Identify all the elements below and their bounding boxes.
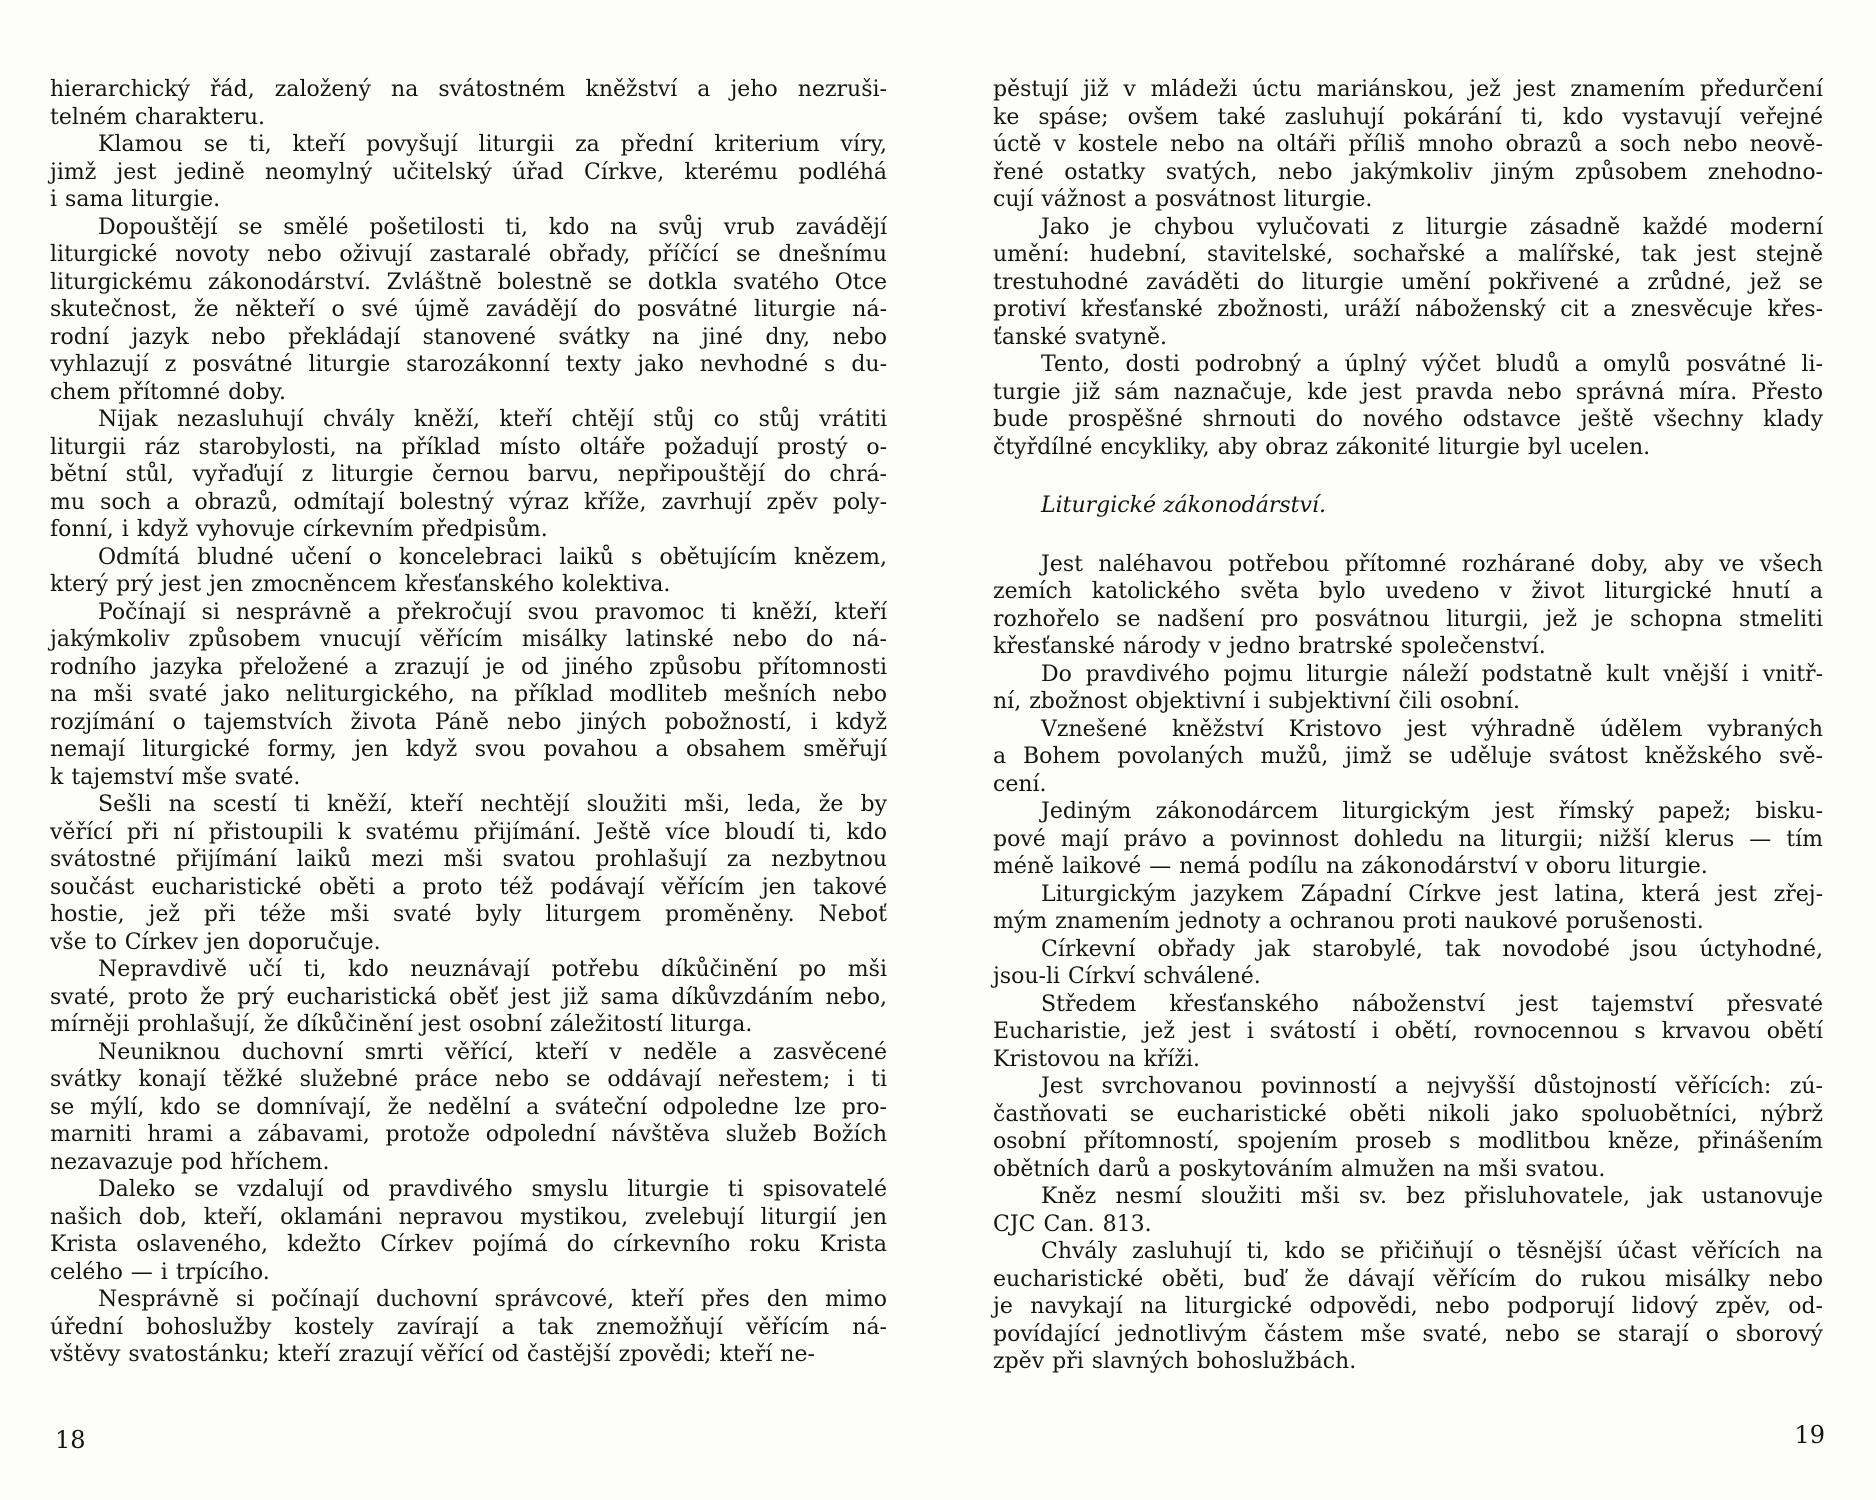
text-line: Do pravdivého pojmu liturgie náleží pods… (993, 661, 1823, 689)
text-line: Nijak nezasluhují chvály kněží, kteří ch… (50, 406, 887, 434)
text-line: řené ostatky svatých, nebo jakýmkoliv ji… (993, 159, 1823, 187)
paragraph: Dopouštějí se smělé pošetilosti ti, kdo … (50, 214, 887, 407)
text-line: Krista oslaveného, kdežto Církev pojímá … (50, 1231, 887, 1259)
page-number-left: 18 (55, 1426, 86, 1454)
text-line: Neuniknou duchovní smrti věřící, kteří v… (50, 1039, 887, 1067)
text-line: ke spáse; ovšem také zasluhují pokárání … (993, 104, 1823, 132)
text-line: svátky konají těžké služebné práce nebo … (50, 1066, 887, 1094)
text-line: skutečnost, že někteří o své újmě zavádě… (50, 296, 887, 324)
text-line: obětních darů a poskytováním almužen na … (993, 1156, 1823, 1184)
text-line: svátostné přijímání laiků mezi mši svato… (50, 846, 887, 874)
paragraph: Tento, dosti podrobný a úplný výčet blud… (993, 351, 1823, 461)
text-line: Jest svrchovanou povinností a nejvyšší d… (993, 1073, 1823, 1101)
paragraph: Daleko se vzdalují od pravdivého smyslu … (50, 1176, 887, 1286)
section-heading: Liturgické zákonodárství. (1041, 492, 1823, 520)
paragraph: Sešli na scestí ti kněží, kteří nechtějí… (50, 791, 887, 956)
page-right-text: pěstují již v mládeži úctu mariánskou, j… (993, 76, 1823, 1376)
text-line: Nesprávně si počínají duchovní správcové… (50, 1286, 887, 1314)
text-line: Kněz nesmí sloužiti mši sv. bez přisluho… (993, 1183, 1823, 1211)
text-line: marniti hrami a zábavami, protože odpole… (50, 1121, 887, 1149)
paragraph: Jediným zákonodárcem liturgickým jest ří… (993, 798, 1823, 881)
paragraph: Nepravdivě učí ti, kdo neuznávají potřeb… (50, 956, 887, 1039)
text-line: osobní přítomností, spojením proseb s mo… (993, 1128, 1823, 1156)
text-line: Kristovou na kříži. (993, 1046, 1823, 1074)
text-line: zpěv při slavných bohoslužbách. (993, 1348, 1823, 1376)
text-line: Eucharistie, jež jest i svátostí i obětí… (993, 1018, 1823, 1046)
paragraph: Neuniknou duchovní smrti věřící, kteří v… (50, 1039, 887, 1177)
paragraph: Nesprávně si počínají duchovní správcové… (50, 1286, 887, 1369)
text-line: na mši svaté jako neliturgického, na pří… (50, 681, 887, 709)
text-line: se mýlí, kdo se domnívají, že nedělní a … (50, 1094, 887, 1122)
text-line: eucharistické oběti, buď že dávají věříc… (993, 1266, 1823, 1294)
text-line: hierarchický řád, založený na svátostném… (50, 76, 887, 104)
text-line: rodního jazyka přeložené a zrazují je od… (50, 654, 887, 682)
text-line: Jest naléhavou potřebou přítomné rozhára… (993, 551, 1823, 579)
text-line: Středem křesťanského náboženství jest ta… (993, 991, 1823, 1019)
text-line: který prý jest jen zmocněncem křesťanské… (50, 571, 887, 599)
text-line: zemích katolického světa bylo uvedeno v … (993, 578, 1823, 606)
text-line: nezavazuje pod hříchem. (50, 1149, 887, 1177)
paragraph: Nijak nezasluhují chvály kněží, kteří ch… (50, 406, 887, 544)
text-line: Jako je chybou vylučovati z liturgie zás… (993, 214, 1823, 242)
text-line: Odmítá bludné učení o koncelebraci laiků… (50, 544, 887, 572)
text-line: vštěvy svatostánku; kteří zrazují věřící… (50, 1341, 887, 1369)
paragraph: Chvály zasluhují ti, kdo se přičiňují o … (993, 1238, 1823, 1376)
text-line: mým znamením jednoty a ochranou proti na… (993, 908, 1823, 936)
text-line: ťanské svatyně. (993, 324, 1823, 352)
text-line: hostie, jež při téže mši svaté byly litu… (50, 901, 887, 929)
text-line: mírněji prohlašují, že díkůčinění jest o… (50, 1011, 887, 1039)
text-line: Tento, dosti podrobný a úplný výčet blud… (993, 351, 1823, 379)
text-line: rozhořelo se nadšení pro posvátnou litur… (993, 606, 1823, 634)
paragraph: pěstují již v mládeži úctu mariánskou, j… (993, 76, 1823, 214)
text-line: svaté, proto že prý eucharistická oběť j… (50, 984, 887, 1012)
text-line: věřící při ní přistoupili k svatému přij… (50, 819, 887, 847)
paragraph: Odmítá bludné učení o koncelebraci laiků… (50, 544, 887, 599)
text-line: turgie již sám naznačuje, kde jest pravd… (993, 379, 1823, 407)
text-line: bude prospěšné shrnouti do nového odstav… (993, 406, 1823, 434)
text-line: jimž jest jedině neomylný učitelský úřad… (50, 159, 887, 187)
text-line: Počínají si nesprávně a překročují svou … (50, 599, 887, 627)
text-line: Chvály zasluhují ti, kdo se přičiňují o … (993, 1238, 1823, 1266)
text-line: cují vážnost a posvátnost liturgie. (993, 186, 1823, 214)
text-line: k tajemství mše svaté. (50, 764, 887, 792)
text-line: umění: hudební, stavitelské, sochařské a… (993, 241, 1823, 269)
text-line: Liturgickým jazykem Západní Církve jest … (993, 881, 1823, 909)
text-line: chem přítomné doby. (50, 379, 887, 407)
text-line: povídající jednotlivým částem mše svaté,… (993, 1321, 1823, 1349)
text-line: Vznešené kněžství Kristovo jest výhradně… (993, 716, 1823, 744)
text-line: liturgické novoty nebo oživují zastaralé… (50, 241, 887, 269)
text-line: bětní stůl, vyřaďují z liturgie černou b… (50, 461, 887, 489)
text-line: rodní jazyk nebo překládají stanovené sv… (50, 324, 887, 352)
text-line: Dopouštějí se smělé pošetilosti ti, kdo … (50, 214, 887, 242)
text-line: pové mají právo a povinnost dohledu na l… (993, 826, 1823, 854)
paragraph: Jest svrchovanou povinností a nejvyšší d… (993, 1073, 1823, 1183)
text-line: vše to Církev jen doporučuje. (50, 929, 887, 957)
text-line: trestuhodné zaváděti do liturgie umění p… (993, 269, 1823, 297)
paragraph: Kněz nesmí sloužiti mši sv. bez přisluho… (993, 1183, 1823, 1238)
text-line: Jediným zákonodárcem liturgickým jest ří… (993, 798, 1823, 826)
paragraph: Počínají si nesprávně a překročují svou … (50, 599, 887, 792)
text-line: úřední bohoslužby kostely zavírají a tak… (50, 1314, 887, 1342)
paragraph: Jest naléhavou potřebou přítomné rozhára… (993, 551, 1823, 661)
text-line: ní, zbožnost objektivní i subjektivní či… (993, 688, 1823, 716)
text-line: méně laikové — nemá podílu na zákonodárs… (993, 853, 1823, 881)
text-line: cení. (993, 771, 1823, 799)
text-line: liturgickému zákonodárství. Zvláštně bol… (50, 269, 887, 297)
text-line: celého — i trpícího. (50, 1259, 887, 1287)
paragraph: Vznešené kněžství Kristovo jest výhradně… (993, 716, 1823, 799)
text-line: častňovati se eucharistické oběti nikoli… (993, 1101, 1823, 1129)
text-line: CJC Can. 813. (993, 1211, 1823, 1239)
page-left-text: hierarchický řád, založený na svátostném… (50, 76, 887, 1369)
page-number-right: 19 (1745, 1421, 1825, 1449)
text-line: mu soch a obrazů, odmítají bolestný výra… (50, 489, 887, 517)
paragraph: Středem křesťanského náboženství jest ta… (993, 991, 1823, 1074)
text-line: telném charakteru. (50, 104, 887, 132)
text-line: i sama liturgie. (50, 186, 887, 214)
text-line: Daleko se vzdalují od pravdivého smyslu … (50, 1176, 887, 1204)
text-line: Nepravdivě učí ti, kdo neuznávají potřeb… (50, 956, 887, 984)
text-line: liturgii ráz starobylosti, na příklad mí… (50, 434, 887, 462)
paragraph: Klamou se ti, kteří povyšují liturgii za… (50, 131, 887, 214)
paragraph: hierarchický řád, založený na svátostném… (50, 76, 887, 131)
text-line: součást eucharistické oběti a proto též … (50, 874, 887, 902)
paragraph: Jako je chybou vylučovati z liturgie zás… (993, 214, 1823, 352)
text-line: jakýmkoliv způsobem vnucují věřícím misá… (50, 626, 887, 654)
text-line: vyhlazují z posvátné liturgie starozákon… (50, 351, 887, 379)
text-line: je navykají na liturgické odpovědi, nebo… (993, 1293, 1823, 1321)
text-line: čtyřdílné encykliky, aby obraz zákonité … (993, 434, 1823, 462)
paragraph: Liturgickým jazykem Západní Církve jest … (993, 881, 1823, 936)
text-line: rozjímání o tajemstvích života Páně nebo… (50, 709, 887, 737)
paragraph: Církevní obřady jak starobylé, tak novod… (993, 936, 1823, 991)
text-line: pěstují již v mládeži úctu mariánskou, j… (993, 76, 1823, 104)
text-line: křesťanské národy v jedno bratrské spole… (993, 633, 1823, 661)
text-line: Klamou se ti, kteří povyšují liturgii za… (50, 131, 887, 159)
text-line: našich dob, kteří, oklamáni nepravou mys… (50, 1204, 887, 1232)
paragraph: Do pravdivého pojmu liturgie náleží pods… (993, 661, 1823, 716)
text-line: a Bohem povolaných mužů, jimž se uděluje… (993, 743, 1823, 771)
text-line: nemají liturgické formy, jen když svou p… (50, 736, 887, 764)
text-line: jsou-li Církví schválené. (993, 963, 1823, 991)
text-line: fonní, i když vyhovuje církevním předpis… (50, 516, 887, 544)
text-line: Církevní obřady jak starobylé, tak novod… (993, 936, 1823, 964)
text-line: úctě v kostele nebo na oltáři příliš mno… (993, 131, 1823, 159)
text-line: Sešli na scestí ti kněží, kteří nechtějí… (50, 791, 887, 819)
text-line: protiví křesťanské zbožnosti, uráží nábo… (993, 296, 1823, 324)
book-spread: hierarchický řád, založený na svátostném… (0, 0, 1876, 1500)
